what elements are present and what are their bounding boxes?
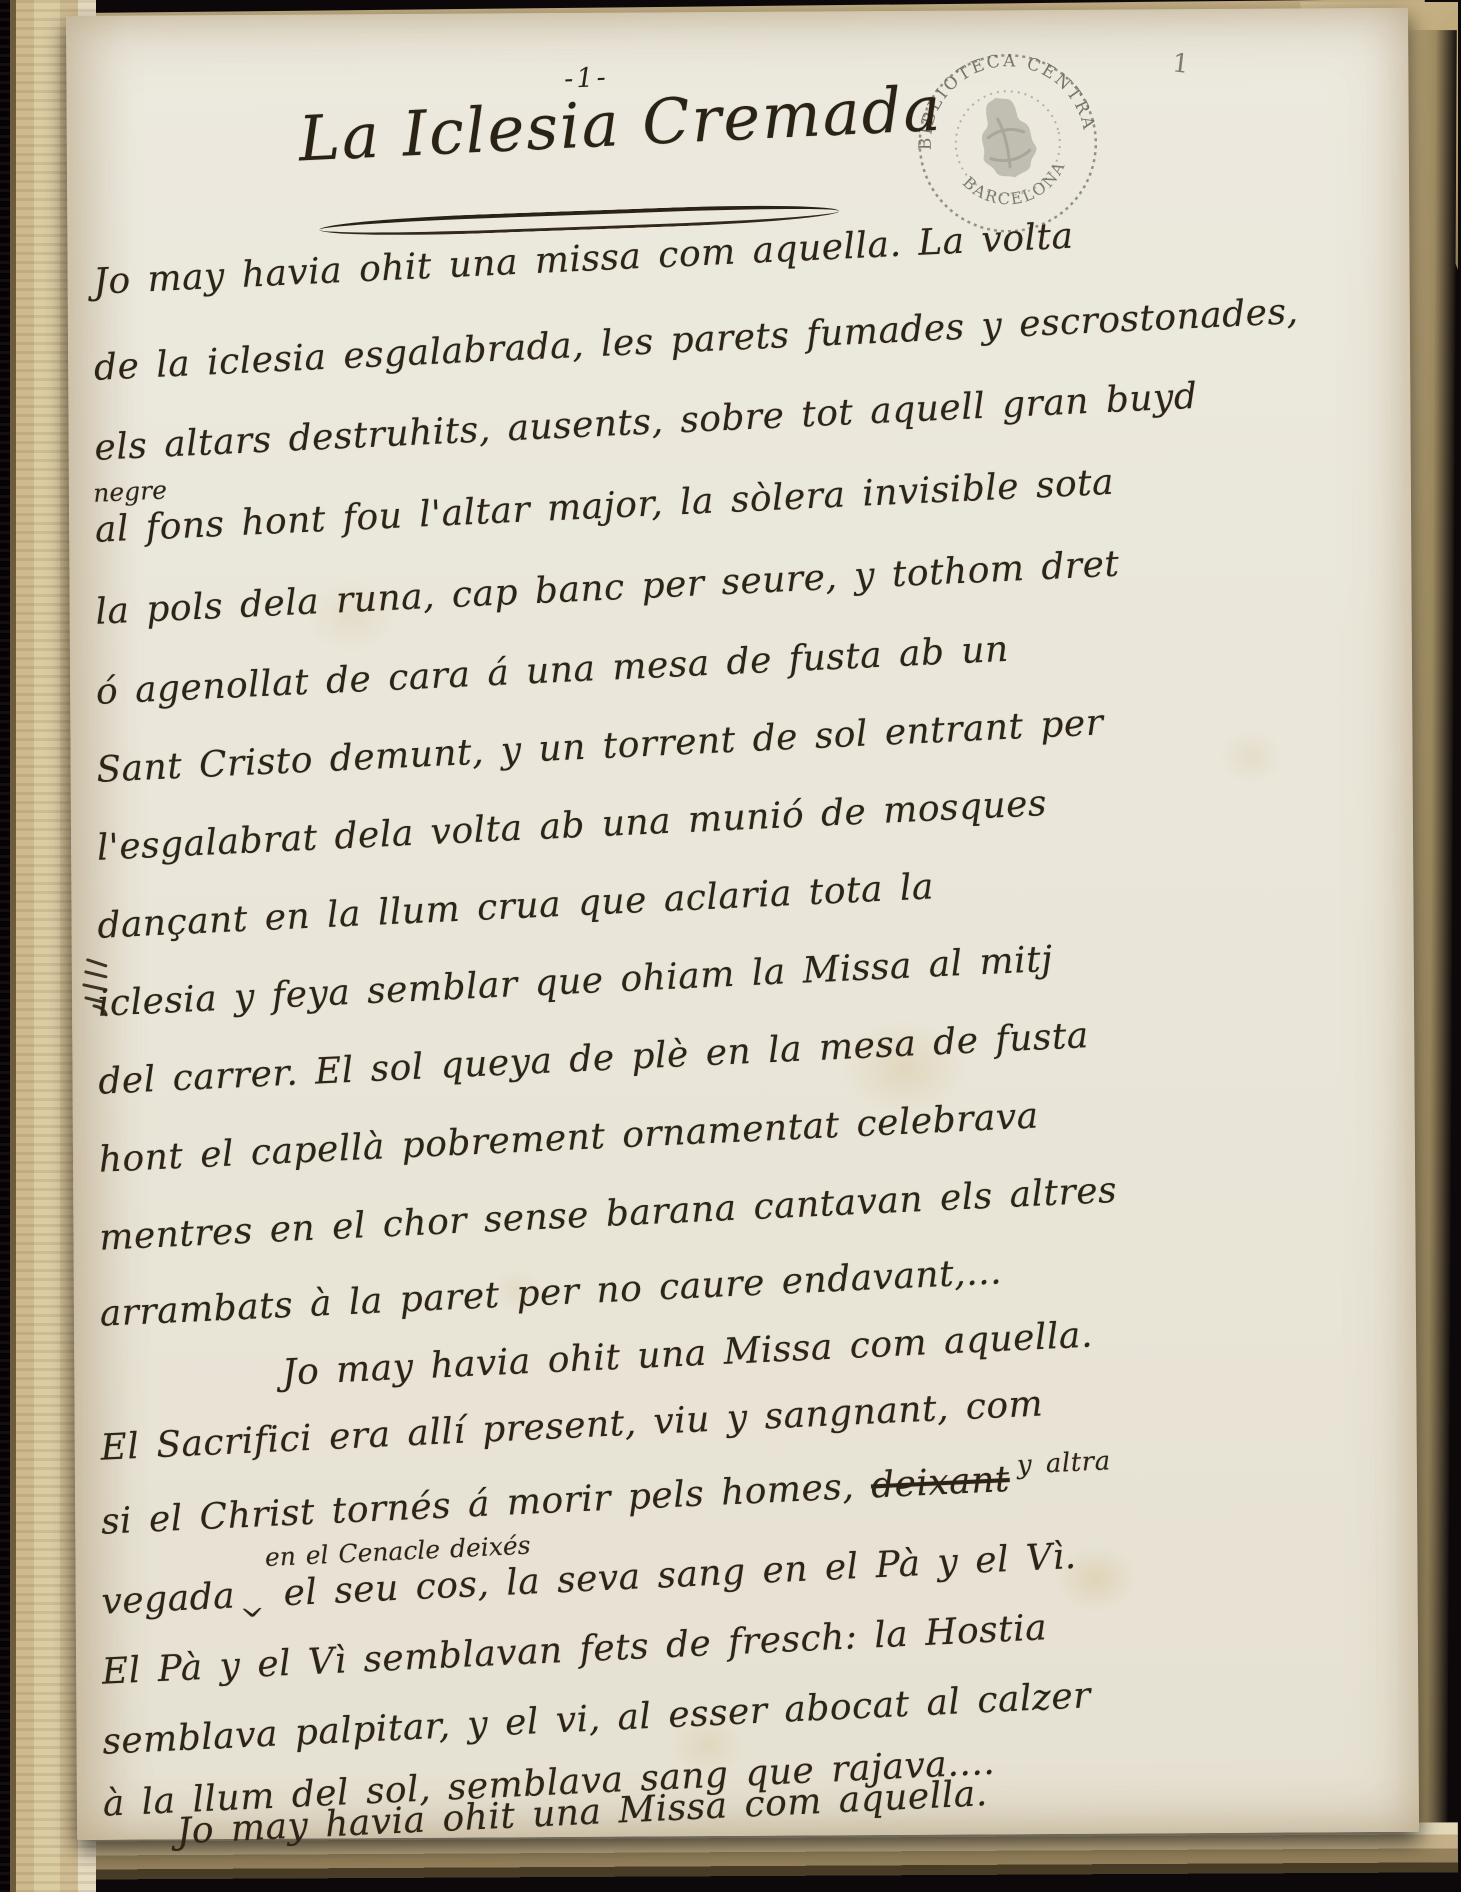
line-text: iclesia y feya semblar que ohiam la Miss…: [97, 939, 1054, 1025]
line-text: ó agenollat de cara á una mesa de fusta …: [95, 629, 1010, 713]
line-text: de la iclesia esgalabrada, les parets fu…: [93, 291, 1299, 389]
line-text: si el Christ tornés á morir pels homes,: [100, 1466, 872, 1543]
manuscript-scan: -1- 1 BIBLIOTECA CENTRAL BARCELONA La Ic…: [0, 0, 1461, 1892]
line-text: vegada: [101, 1576, 236, 1623]
manuscript-line: El Sacrifici era allí present, viu y san…: [100, 1383, 1045, 1475]
manuscript-line: dançant en la llum crua que aclaria tota…: [96, 866, 935, 953]
line-text: dançant en la llum crua que aclaria tota…: [96, 866, 934, 946]
line-text: al fons hont fou l'altar major, la sòler…: [94, 462, 1115, 551]
manuscript-line: negreal fons hont fou l'altar major, la …: [94, 462, 1115, 558]
line-text: els altars destruhits, ausents, sobre to…: [94, 376, 1199, 469]
manuscript-line: mentres en el chor sense barana cantavan…: [98, 1170, 1118, 1266]
line-text: la pols dela runa, cap banc per seure, y…: [95, 544, 1121, 633]
manuscript-line: Jo may havia ohit una missa com aquella.…: [93, 216, 1075, 310]
interlinear-insertion: negre: [93, 475, 168, 507]
manuscript-line: l'esgalabrat dela volta ab una munió de …: [96, 783, 1048, 876]
line-text: mentres en el chor sense barana cantavan…: [98, 1170, 1118, 1259]
manuscript-body: Jo may havia ohit una missa com aquella.…: [66, 8, 1419, 1840]
manuscript-line: ó agenollat de cara á una mesa de fusta …: [95, 629, 1010, 720]
superscript-correction: y altra: [1016, 1446, 1111, 1480]
manuscript-line: Sant Cristo demunt, y un torrent de sol …: [95, 702, 1104, 797]
manuscript-line: els altars destruhits, ausents, sobre to…: [94, 376, 1199, 476]
struck-out-text: deixant: [870, 1459, 1011, 1506]
insertion-caret: ^: [238, 1586, 265, 1622]
manuscript-line: del carrer. El sol queya de plè en la me…: [97, 1015, 1090, 1110]
line-text: Jo may havia ohit una missa com aquella.…: [93, 216, 1075, 303]
line-text: arrambats à la paret per no caure endava…: [99, 1251, 1003, 1334]
line-text: Sant Cristo demunt, y un torrent de sol …: [95, 702, 1104, 790]
line-text: l'esgalabrat dela volta ab una munió de …: [96, 783, 1048, 869]
manuscript-line: la pols dela runa, cap banc per seure, y…: [95, 544, 1121, 640]
line-text: del carrer. El sol queya de plè en la me…: [97, 1015, 1089, 1103]
manuscript-line: hont el capellà pobrement ornamentat cel…: [98, 1096, 1040, 1188]
line-text: hont el capellà pobrement ornamentat cel…: [98, 1096, 1040, 1181]
manuscript-page: -1- 1 BIBLIOTECA CENTRAL BARCELONA La Ic…: [66, 8, 1419, 1840]
line-text: El Sacrifici era allí present, viu y san…: [100, 1383, 1044, 1468]
manuscript-line: iclesia y feya semblar que ohiam la Miss…: [97, 939, 1054, 1032]
